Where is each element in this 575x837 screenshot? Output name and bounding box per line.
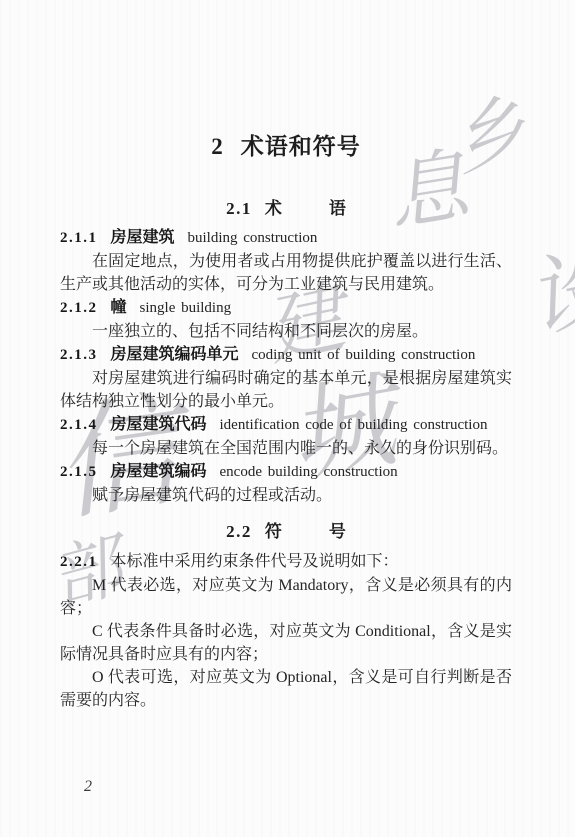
term-en: encode building construction (220, 464, 398, 480)
clause-number: 2.2.1 (60, 554, 98, 570)
clause-line: 2.2.1本标准中采用约束条件代号及说明如下： (60, 550, 512, 574)
section-heading-terms: 2.1术语 (60, 194, 512, 219)
section-number: 2.1 (226, 199, 252, 218)
terms-block: 2.1.1房屋建筑building construction 在固定地点，为使用… (60, 226, 512, 507)
term-heading: 2.1.1房屋建筑building construction (60, 226, 512, 250)
symbols-block: 2.2.1本标准中采用约束条件代号及说明如下： M 代表必选，对应英文为 Man… (60, 550, 512, 712)
chapter-title: 2术语和符号 (60, 128, 512, 161)
term-en: coding unit of building construction (252, 347, 476, 363)
section-number: 2.2 (226, 522, 252, 541)
term-number: 2.1.2 (60, 300, 98, 316)
term-definition: 一座独立的、包括不同结构和不同层次的房屋。 (60, 320, 512, 343)
term-heading: 2.1.3房屋建筑编码单元coding unit of building con… (60, 343, 512, 367)
term-number: 2.1.3 (60, 347, 98, 363)
term-definition: 在固定地点，为使用者或占用物提供庇护覆盖以进行生活、生产或其他活动的实体，可分为… (60, 250, 512, 296)
document-page: 乡 息 设 建 城 信 部 2术语和符号 2.1术语 2.1.1房屋建筑buil… (0, 0, 575, 837)
term-zh: 房屋建筑编码 (111, 463, 207, 480)
clause-text: 本标准中采用约束条件代号及说明如下： (111, 553, 399, 570)
term-definition: 对房屋建筑进行编码时确定的基本单元，是根据房屋建筑实体结构独立性划分的最小单元。 (60, 367, 512, 413)
term-definition: 每一个房屋建筑在全国范围内唯一的、永久的身份识别码。 (60, 437, 512, 460)
symbol-item: C 代表条件具备时必选，对应英文为 Conditional，含义是实际情况具备时… (60, 620, 512, 666)
term-heading: 2.1.5房屋建筑编码encode building construction (60, 460, 512, 484)
symbol-item: M 代表必选，对应英文为 Mandatory，含义是必须具有的内容； (60, 574, 512, 620)
page-number: 2 (84, 778, 92, 796)
term-zh: 房屋建筑编码单元 (111, 346, 239, 363)
term-definition: 赋予房屋建筑代码的过程或活动。 (60, 484, 512, 507)
section-title-char: 号 (329, 522, 346, 541)
term-number: 2.1.5 (60, 464, 98, 480)
term-en: identification code of building construc… (220, 417, 488, 433)
term-heading: 2.1.4房屋建筑代码identification code of buildi… (60, 413, 512, 437)
term-zh: 幢 (111, 299, 127, 316)
section-title-char: 语 (329, 199, 346, 218)
term-zh: 房屋建筑 (111, 229, 175, 246)
term-en: single building (140, 300, 232, 316)
term-number: 2.1.1 (60, 230, 98, 246)
symbol-item: O 代表可选，对应英文为 Optional，含义是可自行判断是否需要的内容。 (60, 666, 512, 712)
term-heading: 2.1.2幢single building (60, 296, 512, 320)
chapter-title-text: 术语和符号 (241, 133, 361, 159)
page-content: 2术语和符号 2.1术语 2.1.1房屋建筑building construct… (0, 128, 575, 712)
term-en: building construction (188, 230, 318, 246)
term-zh: 房屋建筑代码 (111, 416, 207, 433)
term-number: 2.1.4 (60, 417, 98, 433)
chapter-number: 2 (211, 134, 224, 159)
section-title-char: 术 (265, 199, 282, 218)
section-heading-symbols: 2.2符号 (60, 517, 512, 542)
section-title-char: 符 (265, 522, 282, 541)
